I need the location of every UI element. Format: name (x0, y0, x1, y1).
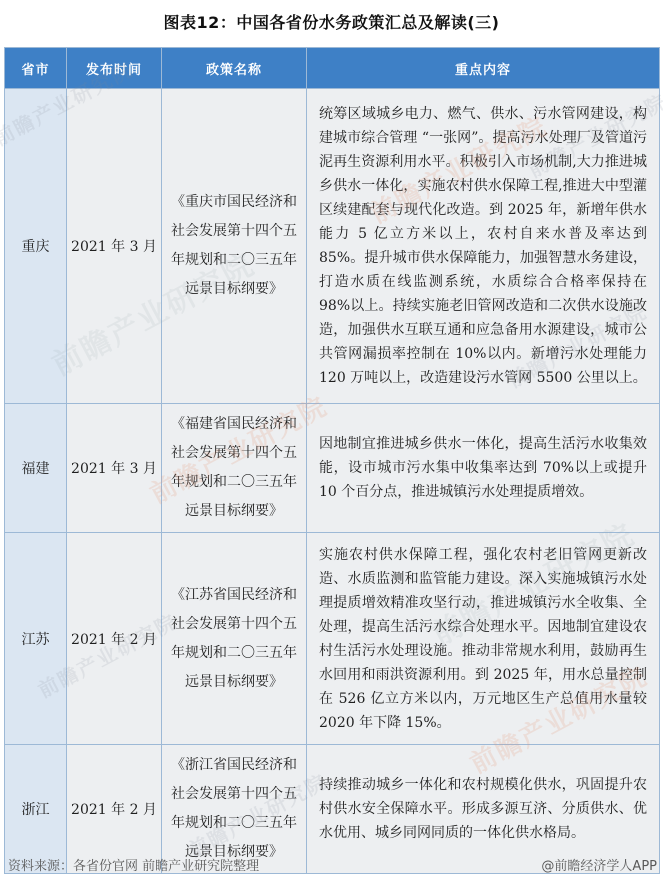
table-row-fujian: 福建 2021 年 3 月 《福建省国民经济和社会发展第十四个五年规划和二〇三五… (5, 404, 660, 533)
footer: 资料来源：各省份官网 前瞻产业研究院整理 @前瞻经济学人APP (4, 853, 659, 877)
date-cell: 2021 年 2 月 (67, 533, 162, 745)
table-header-row: 省市 发布时间 政策名称 重点内容 (5, 48, 660, 89)
date-cell: 2021 年 3 月 (67, 404, 162, 533)
credit-note: @前瞻经济学人APP (541, 855, 657, 874)
column-header-province: 省市 (5, 48, 67, 89)
province-cell: 福建 (5, 404, 67, 533)
table-row-chongqing: 重庆 2021 年 3 月 《重庆市国民经济和社会发展第十四个五年规划和二〇三五… (5, 89, 660, 404)
content-cell: 实施农村供水保障工程，强化农村老旧管网更新改造、水质监测和监管能力建设。深入实施… (307, 533, 660, 745)
page-title: 图表12：中国各省份水务政策汇总及解读(三) (0, 10, 663, 33)
policy-table: 省市 发布时间 政策名称 重点内容 重庆 2021 年 3 月 《重庆市国民经济… (4, 47, 660, 874)
column-header-policy: 政策名称 (162, 48, 307, 89)
table-row-jiangsu: 江苏 2021 年 2 月 《江苏省国民经济和社会发展第十四个五年规划和二〇三五… (5, 533, 660, 745)
date-cell: 2021 年 3 月 (67, 89, 162, 404)
policy-name-cell: 《重庆市国民经济和社会发展第十四个五年规划和二〇三五年远景目标纲要》 (162, 89, 307, 404)
source-note: 资料来源：各省份官网 前瞻产业研究院整理 (8, 855, 259, 874)
content-cell: 因地制宜推进城乡供水一体化，提高生活污水收集效能，设市城市污水集中收集率达到 7… (307, 404, 660, 533)
policy-name-cell: 《福建省国民经济和社会发展第十四个五年规划和二〇三五年远景目标纲要》 (162, 404, 307, 533)
column-header-content: 重点内容 (307, 48, 660, 89)
content-cell: 统筹区域城乡电力、燃气、供水、污水管网建设，构建城市综合管理 “一张网”。提高污… (307, 89, 660, 404)
policy-name-cell: 《江苏省国民经济和社会发展第十四个五年规划和二〇三五年远景目标纲要》 (162, 533, 307, 745)
province-cell: 江苏 (5, 533, 67, 745)
column-header-date: 发布时间 (67, 48, 162, 89)
province-cell: 重庆 (5, 89, 67, 404)
